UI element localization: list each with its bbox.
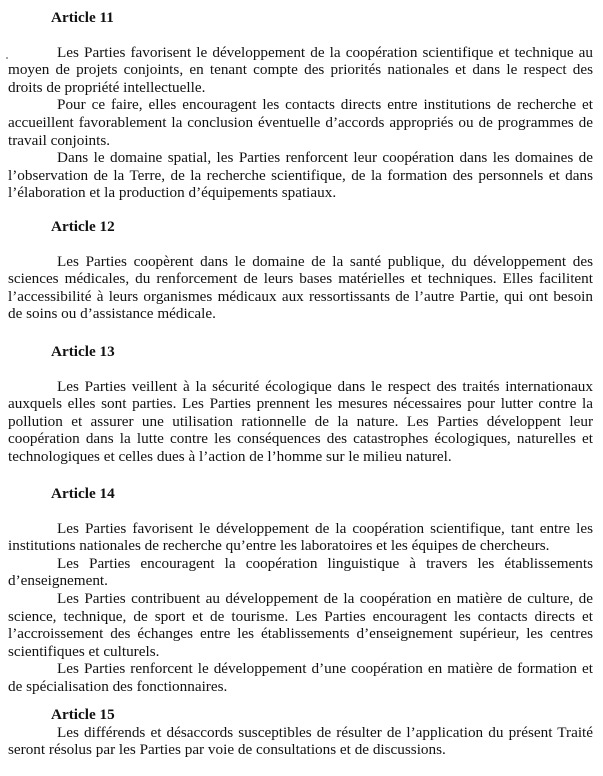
article-paragraph: Les Parties coopèrent dans le domaine de…: [8, 253, 593, 323]
article-title: Article 15: [8, 706, 593, 724]
article-paragraph: Les Parties renforcent le développement …: [8, 660, 593, 695]
article-12: Article 12 Les Parties coopèrent dans le…: [8, 218, 593, 323]
article-title: Article 14: [8, 485, 593, 503]
article-title: Article 11: [8, 9, 593, 27]
article-paragraph: Pour ce faire, elles encouragent les con…: [8, 96, 593, 149]
article-11: Article 11 Les Parties favorisent le dév…: [8, 9, 593, 202]
article-title: Article 13: [8, 343, 593, 361]
article-paragraph: Les différends et désaccords susceptible…: [8, 724, 593, 759]
article-15: Article 15 Les différends et désaccords …: [8, 706, 593, 759]
article-title: Article 12: [8, 218, 593, 236]
article-paragraph: Les Parties favorisent le développement …: [8, 44, 593, 97]
article-paragraph: Les Parties veillent à la sécurité écolo…: [8, 378, 593, 466]
article-paragraph: Les Parties contribuent au développement…: [8, 590, 593, 660]
article-paragraph: Les Parties encouragent la coopération l…: [8, 555, 593, 590]
article-13: Article 13 Les Parties veillent à la séc…: [8, 343, 593, 466]
article-paragraph: Les Parties favorisent le développement …: [8, 520, 593, 555]
article-14: Article 14 Les Parties favorisent le dév…: [8, 485, 593, 696]
article-paragraph: Dans le domaine spatial, les Parties ren…: [8, 149, 593, 202]
